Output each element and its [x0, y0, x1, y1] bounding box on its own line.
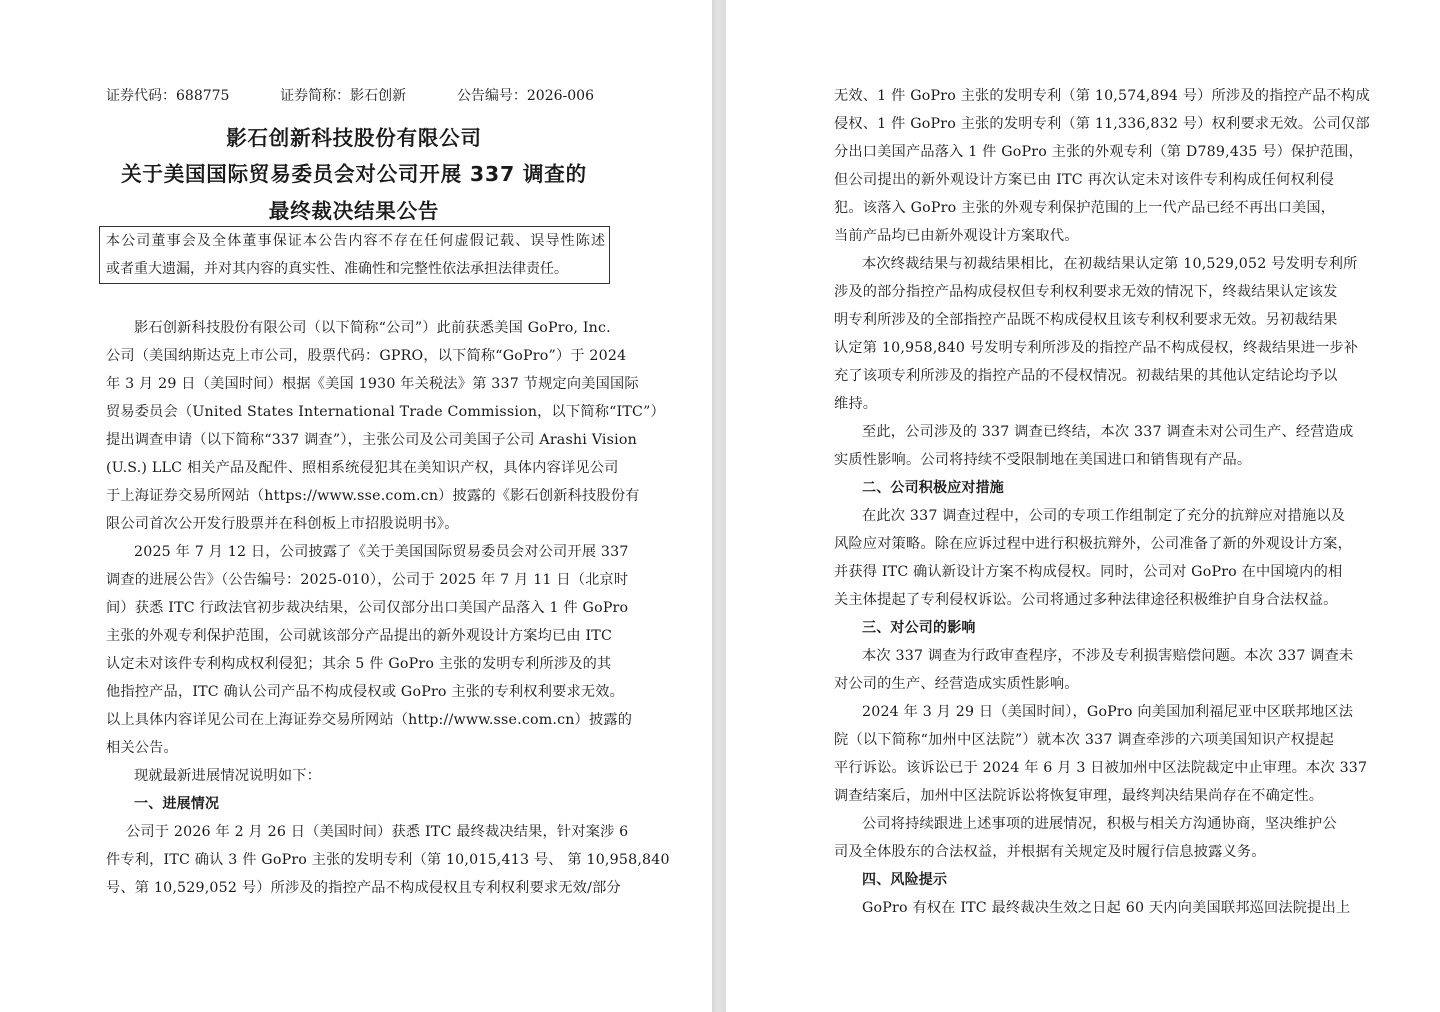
- paragraph-line: 贸易委员会（United States International Trade …: [106, 398, 604, 426]
- paragraph-line: 并获得 ITC 确认新设计方案不构成侵权。同时，公司对 GoPro 在中国境内的…: [834, 558, 1334, 586]
- paragraph-line: 在此次 337 调查过程中，公司的专项工作组制定了充分的抗辩应对措施以及: [834, 502, 1334, 530]
- paragraph-line: 侵权、1 件 GoPro 主张的发明专利（第 11,336,832 号）权利要求…: [834, 110, 1334, 138]
- paragraph-line: 公司于 2026 年 2 月 26 日（美国时间）获悉 ITC 最终裁决结果，针…: [106, 818, 604, 846]
- paragraph-line: 2024 年 3 月 29 日（美国时间），GoPro 向美国加利福尼亚中区联邦…: [834, 698, 1334, 726]
- paragraph-line: 明专利所涉及的全部指控产品既不构成侵权且该专利权利要求无效。另初裁结果: [834, 306, 1334, 334]
- paragraph-line: 涉及的部分指控产品构成侵权但专利权利要求无效的情况下，终裁结果认定该发: [834, 278, 1334, 306]
- paragraph-line: 他指控产品，ITC 确认公司产品不构成侵权或 GoPro 主张的专利权利要求无效…: [106, 678, 604, 706]
- document-page-left: 证券代码：688775 证券简称：影石创新 公告编号：2026-006 影石创新…: [0, 0, 712, 1012]
- paragraph-line: 间）获悉 ITC 行政法官初步裁决结果，公司仅部分出口美国产品落入 1 件 Go…: [106, 594, 604, 622]
- paragraph-line: 院（以下简称“加州中区法院”）就本次 337 调查牵涉的六项美国知识产权提起: [834, 726, 1334, 754]
- paragraph-line: 调查的进展公告》（公告编号：2025-010），公司于 2025 年 7 月 1…: [106, 566, 604, 594]
- body-text-right: 无效、1 件 GoPro 主张的发明专利（第 10,574,894 号）所涉及的…: [834, 82, 1334, 922]
- paragraph-line: 公司将持续跟进上述事项的进展情况，积极与相关方沟通协商，坚决维护公: [834, 810, 1334, 838]
- paragraph-line: (U.S.) LLC 相关产品及配件、照相系统侵犯其在美知识产权，具体内容详见公…: [106, 454, 604, 482]
- paragraph-line: 对公司的生产、经营造成实质性影响。: [834, 670, 1334, 698]
- paragraph-line: 平行诉讼。该诉讼已于 2024 年 6 月 3 日被加州中区法院裁定中止审理。本…: [834, 754, 1334, 782]
- board-statement-box: 本公司董事会及全体董事保证本公告内容不存在任何虚假记载、误导性陈述 或者重大遗漏…: [99, 226, 610, 284]
- paragraph-line: 无效、1 件 GoPro 主张的发明专利（第 10,574,894 号）所涉及的…: [834, 82, 1334, 110]
- announcement-header: 证券代码：688775 证券简称：影石创新 公告编号：2026-006: [106, 86, 594, 106]
- paragraph-line: 实质性影响。公司将持续不受限制地在美国进口和销售现有产品。: [834, 446, 1334, 474]
- paragraph-line: 调查结案后，加州中区法院诉讼将恢复审理，最终判决结果尚存在不确定性。: [834, 782, 1334, 810]
- section-heading-progress: 一、进展情况: [106, 790, 604, 818]
- paragraph-line: 号、第 10,529,052 号）所涉及的指控产品不构成侵权且专利权利要求无效/…: [106, 874, 604, 902]
- title-final-ruling: 最终裁决结果公告: [100, 194, 608, 224]
- paragraph-line: 本次终裁结果与初裁结果相比，在初裁结果认定第 10,529,052 号发明专利所: [834, 250, 1334, 278]
- body-text-left: 影石创新科技股份有限公司（以下简称“公司”）此前获悉美国 GoPro, Inc.…: [106, 314, 604, 902]
- paragraph-line: 维持。: [834, 390, 1334, 418]
- paragraph-line: 提出调查申请（以下简称“337 调查”），主张公司及公司美国子公司 Arashi…: [106, 426, 604, 454]
- paragraph-line: 2025 年 7 月 12 日，公司披露了《关于美国国际贸易委员会对公司开展 3…: [106, 538, 604, 566]
- paragraph-line: 但公司提出的新外观设计方案已由 ITC 再次认定未对该件专利构成任何权利侵: [834, 166, 1334, 194]
- section-heading-impact: 三、对公司的影响: [834, 614, 1334, 642]
- paragraph-line: 本次 337 调查为行政审查程序，不涉及专利损害赔偿问题。本次 337 调查未: [834, 642, 1334, 670]
- paragraph-line: 司及全体股东的合法权益，并根据有关规定及时履行信息披露义务。: [834, 838, 1334, 866]
- statement-line: 本公司董事会及全体董事保证本公告内容不存在任何虚假记载、误导性陈述: [100, 227, 609, 255]
- title-subject: 关于美国国际贸易委员会对公司开展 337 调查的: [100, 157, 608, 187]
- paragraph-line: 认定第 10,958,840 号发明专利所涉及的指控产品不构成侵权，终裁结果进一…: [834, 334, 1334, 362]
- paragraph-line: 充了该项专利所涉及的指控产品的不侵权情况。初裁结果的其他认定结论均予以: [834, 362, 1334, 390]
- paragraph-line: 当前产品均已由新外观设计方案取代。: [834, 222, 1334, 250]
- paragraph-line: 现就最新进展情况说明如下：: [106, 762, 604, 790]
- paragraph-line: 风险应对策略。除在应诉过程中进行积极抗辩外，公司准备了新的外观设计方案，: [834, 530, 1334, 558]
- paragraph-line: 犯。该落入 GoPro 主张的外观专利保护范围的上一代产品已经不再出口美国，: [834, 194, 1334, 222]
- stock-code: 证券代码：688775: [106, 86, 229, 106]
- paragraph-line: 于上海证券交易所网站（https://www.sse.com.cn）披露的《影石…: [106, 482, 604, 510]
- stock-abbreviation: 证券简称：影石创新: [280, 86, 406, 106]
- paragraph-line: 主张的外观专利保护范围，公司就该部分产品提出的新外观设计方案均已由 ITC: [106, 622, 604, 650]
- section-heading-response-measures: 二、公司积极应对措施: [834, 474, 1334, 502]
- paragraph-line: 至此，公司涉及的 337 调查已终结，本次 337 调查未对公司生产、经营造成: [834, 418, 1334, 446]
- paragraph-line: 年 3 月 29 日（美国时间）根据《美国 1930 年关税法》第 337 节规…: [106, 370, 604, 398]
- announcement-number: 公告编号：2026-006: [457, 86, 594, 106]
- paragraph-line: 影石创新科技股份有限公司（以下简称“公司”）此前获悉美国 GoPro, Inc.: [106, 314, 604, 342]
- paragraph-line: 分出口美国产品落入 1 件 GoPro 主张的外观专利（第 D789,435 号…: [834, 138, 1334, 166]
- paragraph-line: 限公司首次公开发行股票并在科创板上市招股说明书》。: [106, 510, 604, 538]
- page-gutter: [712, 0, 726, 1012]
- paragraph-line: 公司（美国纳斯达克上市公司，股票代码：GPRO，以下简称“GoPro”）于 20…: [106, 342, 604, 370]
- document-page-right: 无效、1 件 GoPro 主张的发明专利（第 10,574,894 号）所涉及的…: [726, 0, 1440, 1012]
- paragraph-line: 关主体提起了专利侵权诉讼。公司将通过多种法律途径积极维护自身合法权益。: [834, 586, 1334, 614]
- section-heading-risk-warning: 四、风险提示: [834, 866, 1334, 894]
- paragraph-line: 认定未对该件专利构成权利侵犯；其余 5 件 GoPro 主张的发明专利所涉及的其: [106, 650, 604, 678]
- statement-line: 或者重大遗漏，并对其内容的真实性、准确性和完整性依法承担法律责任。: [100, 255, 609, 283]
- title-company: 影石创新科技股份有限公司: [100, 121, 608, 151]
- paragraph-line: GoPro 有权在 ITC 最终裁决生效之日起 60 天内向美国联邦巡回法院提出…: [834, 894, 1334, 922]
- paragraph-line: 件专利，ITC 确认 3 件 GoPro 主张的发明专利（第 10,015,41…: [106, 846, 604, 874]
- paragraph-line: 以上具体内容详见公司在上海证券交易所网站（http://www.sse.com.…: [106, 706, 604, 734]
- paragraph-line: 相关公告。: [106, 734, 604, 762]
